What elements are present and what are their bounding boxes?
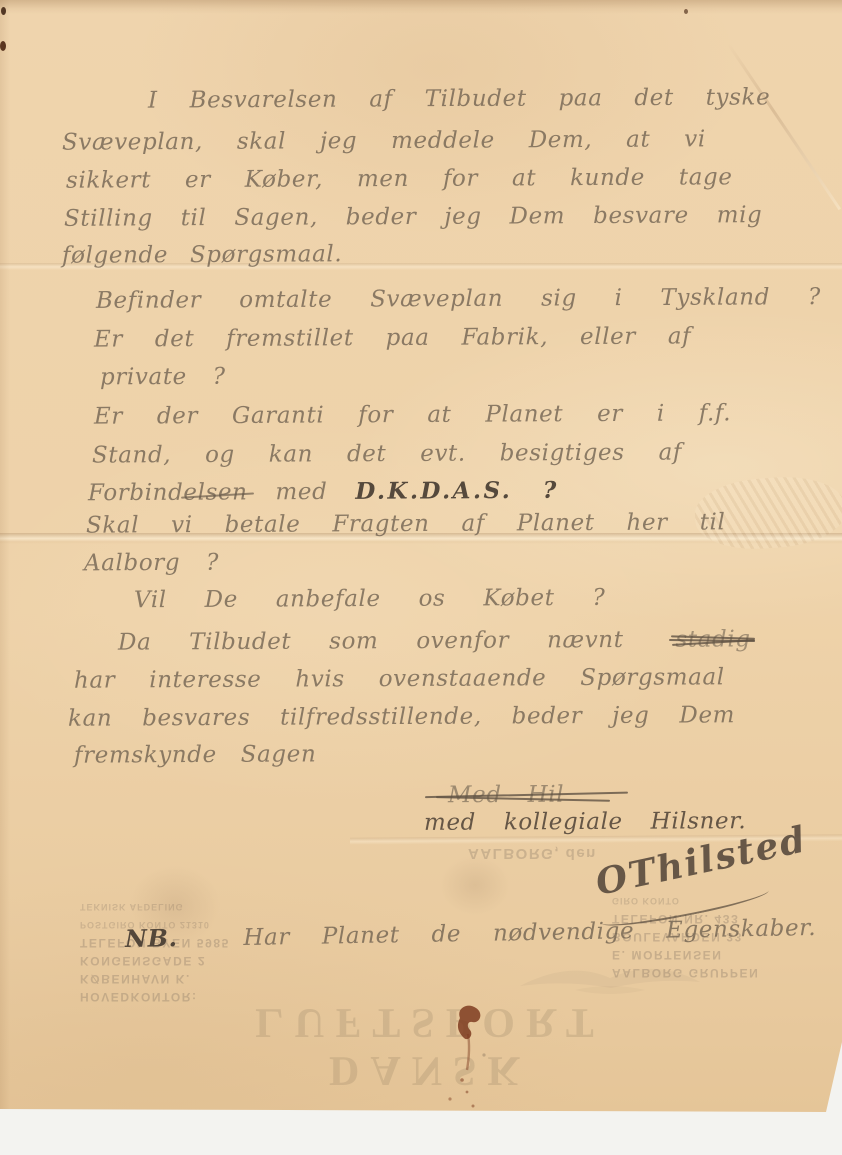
bleedthrough-left-line: KONGENSGADE 2 bbox=[80, 952, 230, 970]
question4-line1: Skal vi betale Fragten af Planet her til bbox=[86, 507, 726, 540]
closing-salutation: med kollegiale Hilsner. bbox=[424, 806, 746, 838]
paragraph3-line2: har interesse hvis ovenstaaende Spørgsma… bbox=[74, 662, 725, 695]
question3-word: Forbindelsen bbox=[88, 479, 248, 506]
ink-stain bbox=[438, 1000, 518, 1115]
letter-sheet: AALBORG, den HOVEDKONTOR: KØBENHAVN K. K… bbox=[0, 0, 842, 1113]
paragraph1-line1: I Besvarelsen af Tilbudet paa det tyske bbox=[148, 82, 770, 115]
bleedthrough-left-line: KØBENHAVN K. bbox=[80, 970, 230, 988]
closing-struck-word: Med Hil bbox=[448, 780, 564, 811]
question5-line: Vil De anbefale os Købet ? bbox=[134, 583, 606, 615]
bleedthrough-left-line: HOVEDKONTOR: bbox=[80, 988, 230, 1006]
postscript-label: NB. bbox=[125, 923, 178, 953]
question4-line2: Aalborg ? bbox=[84, 548, 219, 579]
bleedthrough-wing-logo-icon bbox=[515, 948, 705, 1003]
smudge-mark bbox=[440, 855, 510, 915]
question1-line: Befinder omtalte Svæveplan sig i Tysklan… bbox=[96, 282, 821, 316]
question3-organization: D.K.D.A.S. ? bbox=[355, 477, 559, 505]
paragraph3-struck-word: stadig bbox=[675, 624, 750, 654]
paragraph1-line3: sikkert er Køber, men for at kunde tage bbox=[66, 162, 733, 195]
postscript-text: Har Planet de nødvendige Egenskaber. bbox=[243, 915, 816, 951]
question3-line1: Er der Garanti for at Planet er i f.f. bbox=[94, 398, 731, 431]
paragraph3-line1: Da Tilbudet som ovenfor nævnt stadig bbox=[118, 624, 751, 657]
closing-struck-line: Med Hil bbox=[448, 780, 564, 811]
postscript-line: NB. Har Planet de nødvendige Egenskaber. bbox=[125, 912, 817, 955]
paragraph3-line1-text: Da Tilbudet som ovenfor nævnt bbox=[118, 627, 624, 656]
question3-line2: Stand, og kan det evt. besigtiges af bbox=[92, 437, 682, 470]
paragraph3-line3: kan besvares tilfredsstillende, beder je… bbox=[68, 700, 735, 733]
question2-line1: Er det fremstillet paa Fabrik, eller af bbox=[94, 321, 691, 354]
corner-crease bbox=[727, 43, 841, 210]
question3-mid: med bbox=[275, 479, 327, 505]
question2-line2: private ? bbox=[100, 362, 226, 393]
edge-speck bbox=[684, 9, 688, 14]
question3-struck-word: Forbindelsen bbox=[88, 477, 248, 508]
edge-speck bbox=[1, 7, 6, 15]
paragraph1-line5: følgende Spørgsmaal. bbox=[62, 239, 342, 270]
edge-speck bbox=[0, 41, 6, 51]
bleedthrough-masthead: DANSK LUFTSPORT bbox=[150, 998, 710, 1094]
paragraph1-line2: Svæveplan, skal jeg meddele Dem, at vi bbox=[62, 124, 706, 157]
paragraph1-line4: Stilling til Sagen, beder jeg Dem besvar… bbox=[64, 200, 763, 234]
question3-line3: Forbindelsen med D.K.D.A.S. ? bbox=[88, 476, 559, 508]
paragraph3-line4: fremskynde Sagen bbox=[74, 739, 316, 770]
